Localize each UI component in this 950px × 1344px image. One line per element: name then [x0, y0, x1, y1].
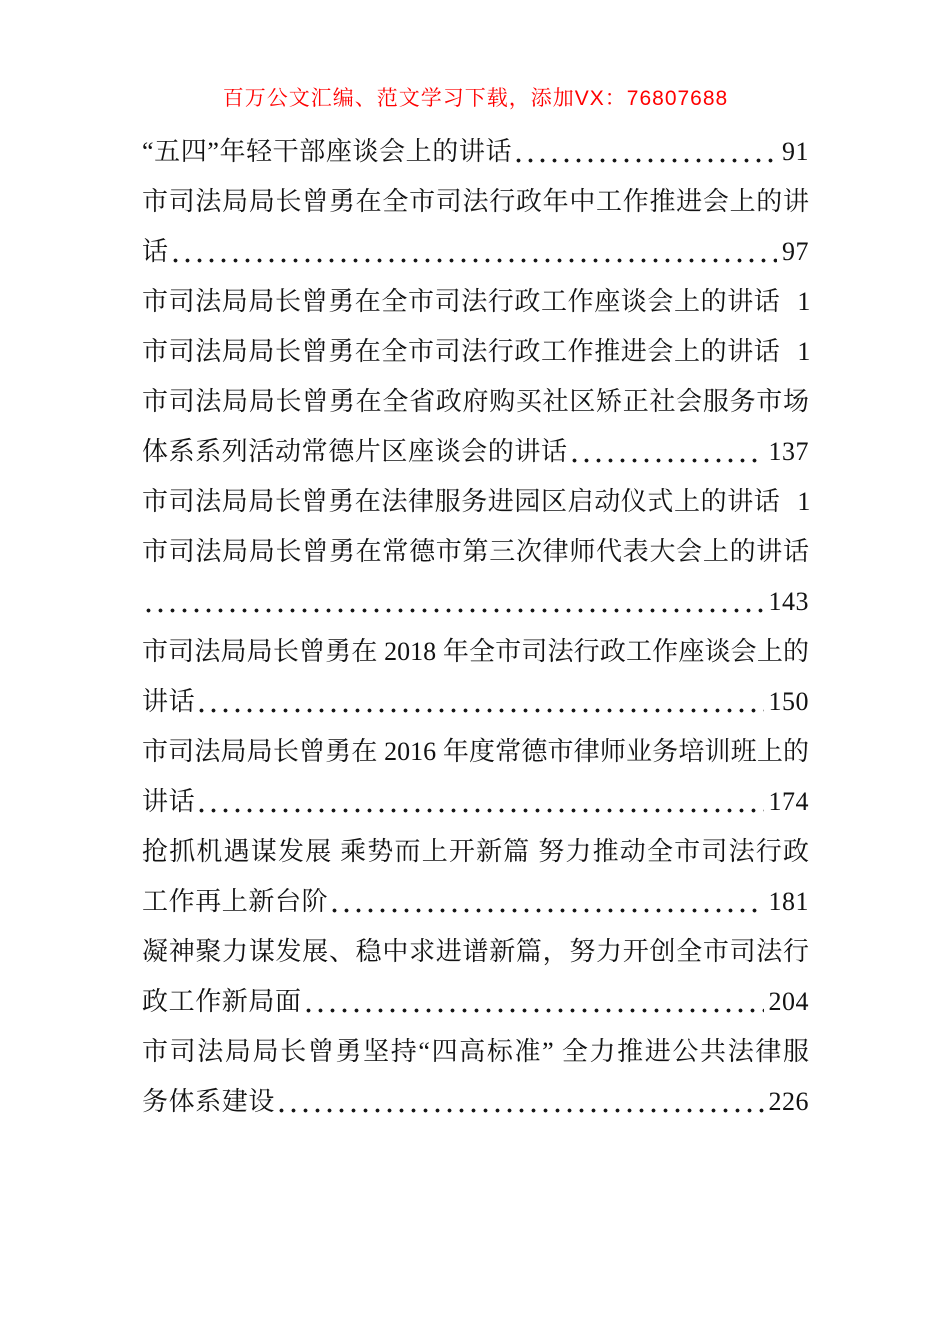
toc-leader-gap	[784, 327, 792, 377]
toc-entry-title: 政工作新局面	[142, 977, 302, 1027]
toc-line: 市司法局局长曾勇坚持“四高标准” 全力推进公共法律服	[142, 1027, 809, 1077]
toc-entry: 抢抓机遇谋发展 乘势而上开新篇 努力推动全市司法行政工作再上新台阶181	[142, 827, 809, 927]
toc-entry-title: 工作再上新台阶	[142, 877, 328, 927]
toc-line: 工作再上新台阶181	[142, 877, 809, 927]
toc-page-number: 118	[797, 277, 809, 327]
toc-page-number: 181	[769, 877, 810, 927]
toc-line: 话97	[142, 227, 809, 277]
toc-entry: “五四”年轻干部座谈会上的讲话91	[142, 127, 809, 177]
toc-line: 市司法局局长曾勇在常德市第三次律师代表大会上的讲话	[142, 527, 809, 577]
toc-entry-title: “五四”年轻干部座谈会上的讲话	[142, 127, 512, 177]
toc-entry-title: 市司法局局长曾勇在全市司法行政工作座谈会上的讲话	[142, 277, 780, 327]
toc-entry-title: 体系系列活动常德片区座谈会的讲话	[142, 427, 568, 477]
toc-page-number: 226	[769, 1077, 810, 1127]
toc-page-number: 150	[769, 677, 810, 727]
toc-line: “五四”年轻干部座谈会上的讲话91	[142, 127, 809, 177]
toc-line: 市司法局局长曾勇在全市司法行政工作推进会上的讲话125	[142, 327, 809, 377]
toc-leader-dots	[173, 227, 777, 277]
toc-leader-gap	[784, 277, 792, 327]
toc-entry-title: 市司法局局长曾勇在全市司法行政工作推进会上的讲话	[142, 327, 780, 377]
toc-entry: 凝神聚力谋发展、稳中求进谱新篇，努力开创全市司法行政工作新局面204	[142, 927, 809, 1027]
toc-entry: 市司法局局长曾勇坚持“四高标准” 全力推进公共法律服务体系建设226	[142, 1027, 809, 1127]
toc-line: 讲话174	[142, 777, 809, 827]
toc-page-number: 97	[782, 227, 809, 277]
toc-list: “五四”年轻干部座谈会上的讲话91市司法局局长曾勇在全市司法行政年中工作推进会上…	[142, 127, 809, 1127]
toc-line: 市司法局局长曾勇在全市司法行政年中工作推进会上的讲	[142, 177, 809, 227]
toc-line: 讲话150	[142, 677, 809, 727]
toc-entry-title: 话	[142, 227, 169, 277]
toc-entry: 市司法局局长曾勇在常德市第三次律师代表大会上的讲话143	[142, 527, 809, 627]
toc-entry-title: 讲话	[142, 677, 195, 727]
toc-page-number: 91	[782, 127, 809, 177]
toc-page-number: 125	[797, 327, 809, 377]
toc-entry: 市司法局局长曾勇在 2018 年全市司法行政工作座谈会上的讲话150	[142, 627, 809, 727]
toc-line: 市司法局局长曾勇在法律服务进园区启动仪式上的讲话140	[142, 477, 809, 527]
toc-line: 市司法局局长曾勇在全省政府购买社区矫正社会服务市场	[142, 377, 809, 427]
toc-entry: 市司法局局长曾勇在 2016 年度常德市律师业务培训班上的讲话174	[142, 727, 809, 827]
toc-leader-dots	[516, 127, 777, 177]
toc-entry: 市司法局局长曾勇在全市司法行政工作推进会上的讲话125	[142, 327, 809, 377]
toc-line: 市司法局局长曾勇在 2016 年度常德市律师业务培训班上的	[142, 727, 809, 777]
toc-leader-dots	[332, 877, 763, 927]
toc-leader-dots	[199, 777, 763, 827]
toc-leader-dots	[199, 677, 763, 727]
toc-line: 143	[142, 577, 809, 627]
toc-line: 凝神聚力谋发展、稳中求进谱新篇，努力开创全市司法行	[142, 927, 809, 977]
toc-page-number: 140	[797, 477, 809, 527]
toc-entry-title: 市司法局局长曾勇在法律服务进园区启动仪式上的讲话	[142, 477, 780, 527]
toc-line: 体系系列活动常德片区座谈会的讲话137	[142, 427, 809, 477]
toc-entry-title: 讲话	[142, 777, 195, 827]
toc-entry-title: 务体系建设	[142, 1077, 275, 1127]
promo-header-text: 百万公文汇编、范文学习下载，添加VX：76807688	[142, 84, 809, 114]
toc-leader-dots	[146, 577, 764, 627]
toc-page-number: 204	[769, 977, 810, 1027]
toc-leader-dots	[306, 977, 764, 1027]
toc-line: 政工作新局面204	[142, 977, 809, 1027]
toc-line: 抢抓机遇谋发展 乘势而上开新篇 努力推动全市司法行政	[142, 827, 809, 877]
page-sheet: 百万公文汇编、范文学习下载，添加VX：76807688 “五四”年轻干部座谈会上…	[0, 0, 950, 1344]
toc-leader-gap	[784, 477, 792, 527]
toc-page-number: 137	[769, 427, 810, 477]
toc-line: 市司法局局长曾勇在 2018 年全市司法行政工作座谈会上的	[142, 627, 809, 677]
toc-page-number: 174	[769, 777, 810, 827]
toc-entry: 市司法局局长曾勇在全市司法行政年中工作推进会上的讲话97	[142, 177, 809, 277]
toc-line: 市司法局局长曾勇在全市司法行政工作座谈会上的讲话118	[142, 277, 809, 327]
toc-entry: 市司法局局长曾勇在全市司法行政工作座谈会上的讲话118	[142, 277, 809, 327]
toc-leader-dots	[572, 427, 764, 477]
toc-page-number: 143	[769, 577, 810, 627]
toc-leader-dots	[279, 1077, 763, 1127]
toc-entry: 市司法局局长曾勇在全省政府购买社区矫正社会服务市场体系系列活动常德片区座谈会的讲…	[142, 377, 809, 477]
toc-entry: 市司法局局长曾勇在法律服务进园区启动仪式上的讲话140	[142, 477, 809, 527]
toc-line: 务体系建设226	[142, 1077, 809, 1127]
